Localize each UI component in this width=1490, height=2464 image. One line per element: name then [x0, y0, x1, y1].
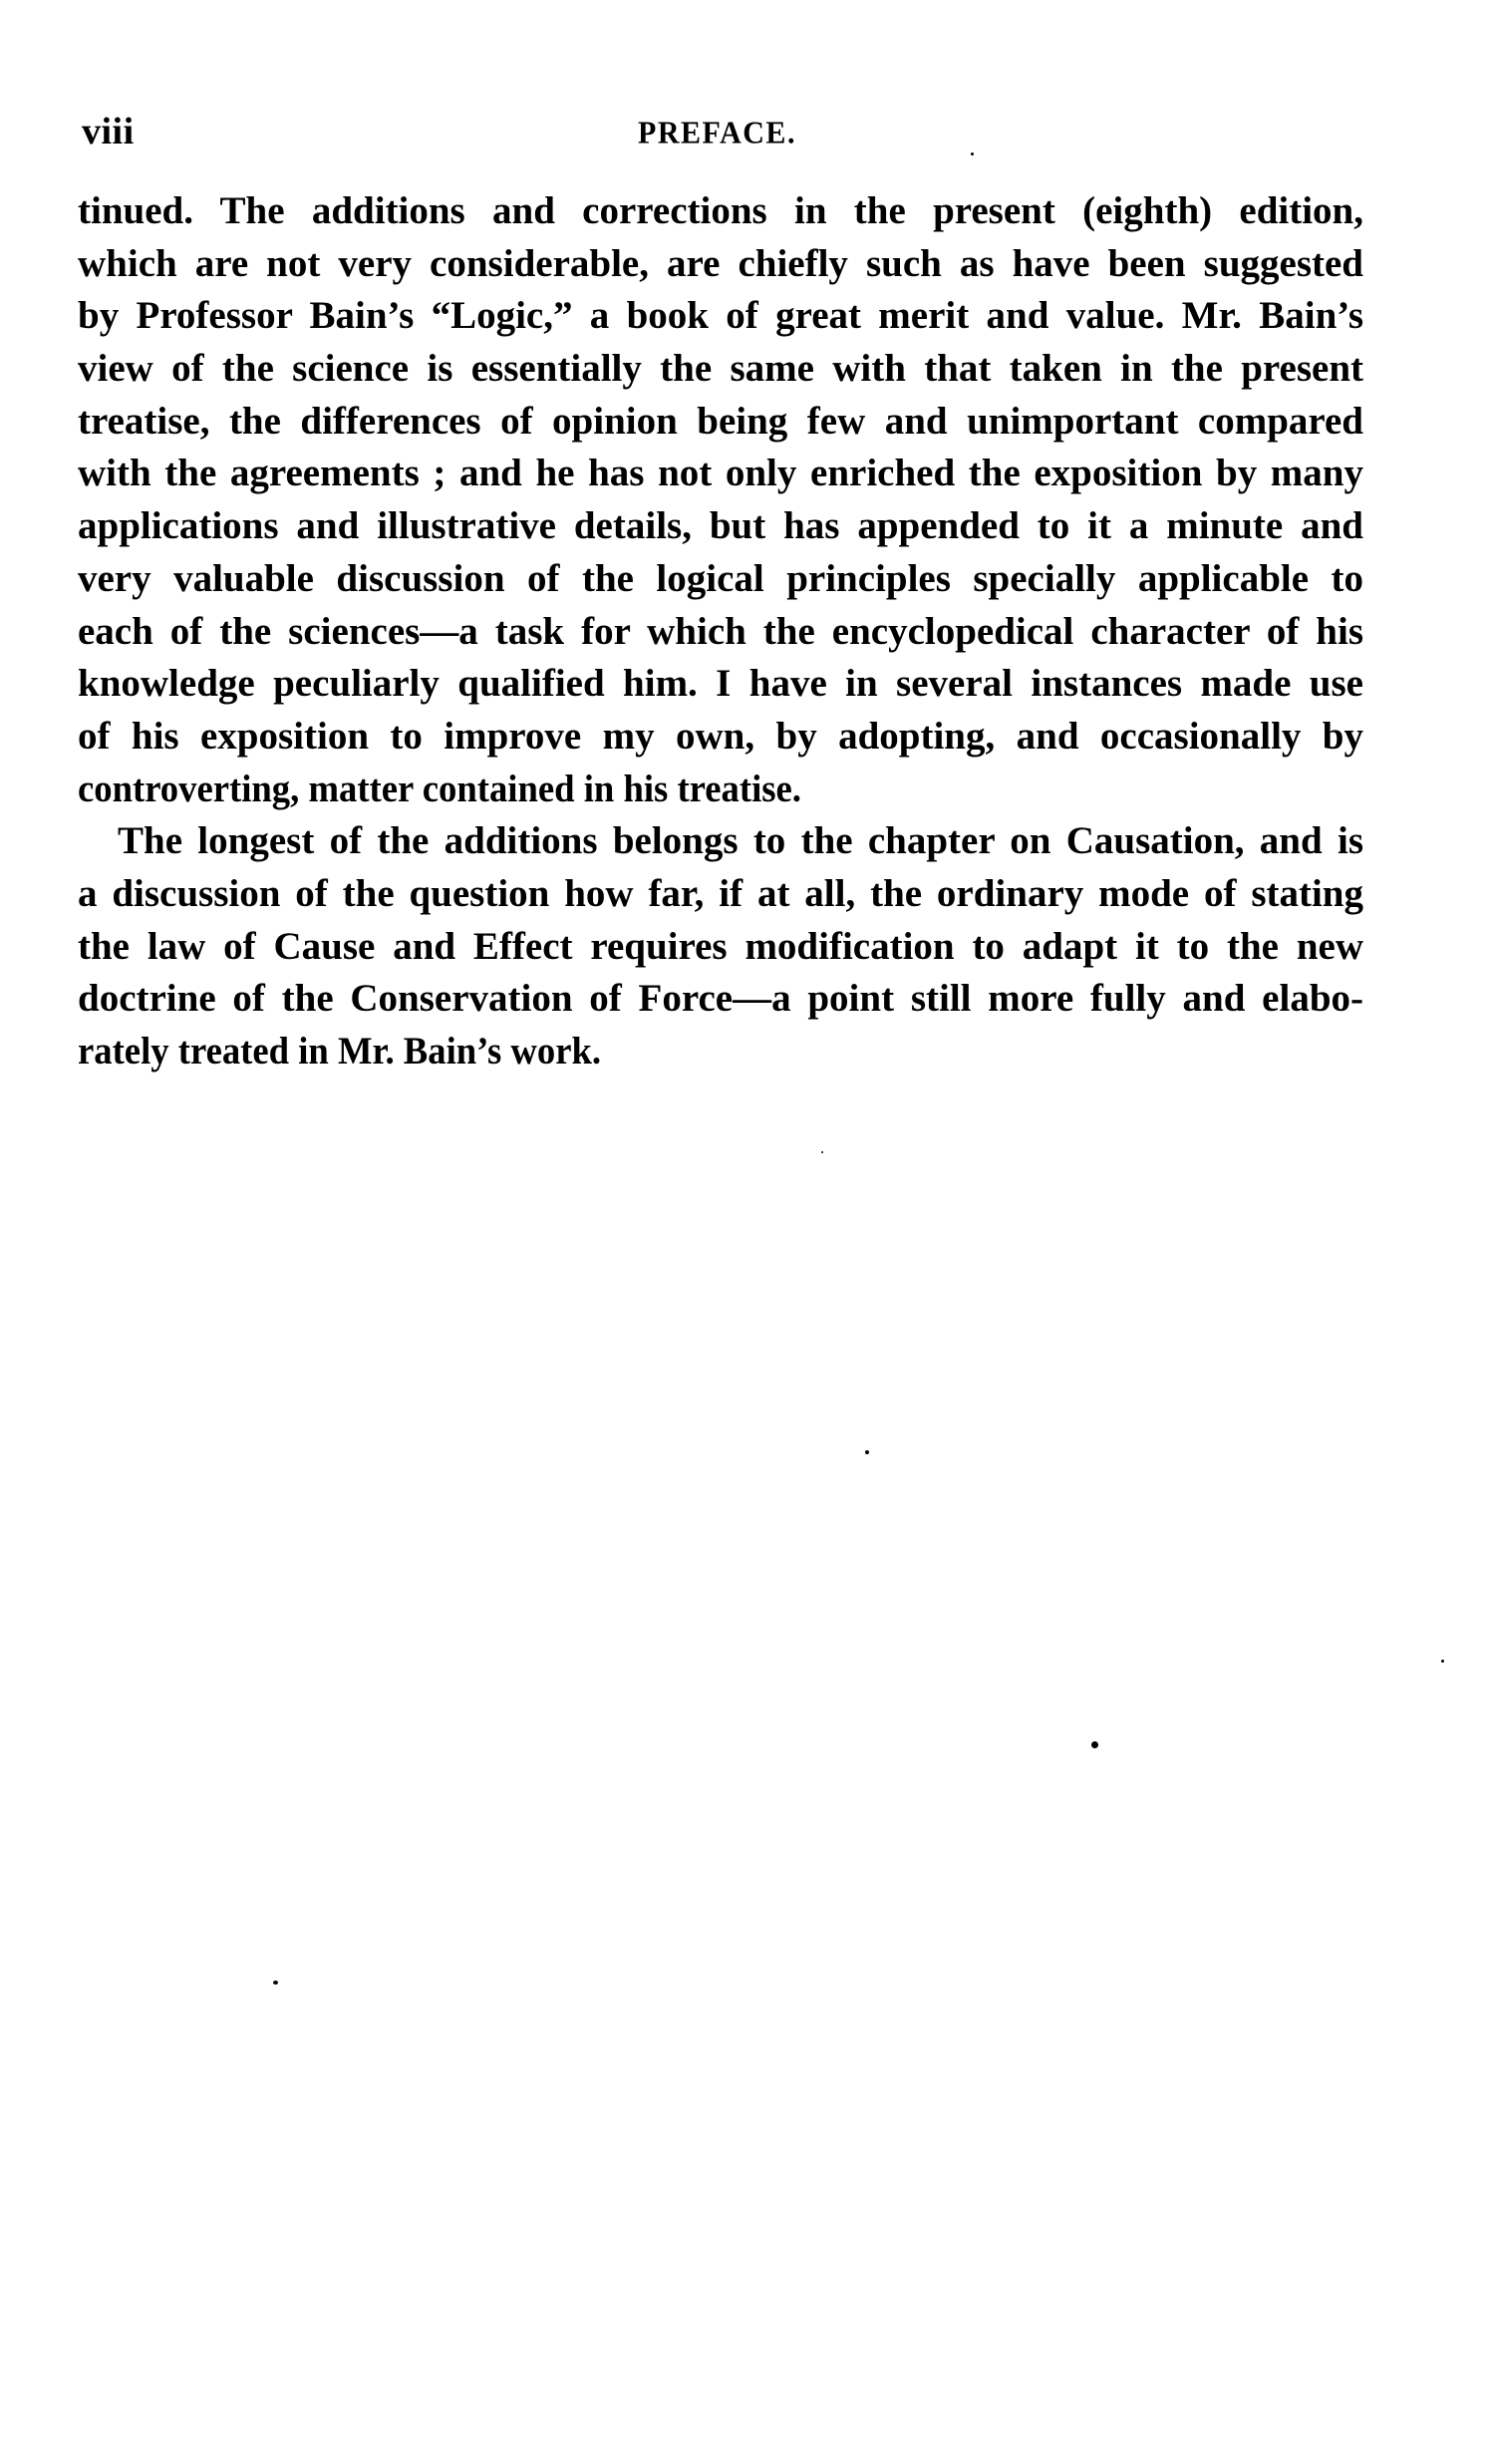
- body-text: tinued. The additions and corrections in…: [78, 185, 1363, 1078]
- page-number: viii: [82, 108, 135, 155]
- running-head: viii PREFACE.: [78, 108, 1363, 155]
- text-line: which are not very considerable, are chi…: [78, 238, 1363, 291]
- text-line: the law of Cause and Effect requires mod…: [78, 921, 1363, 974]
- text-line: The longest of the additions belongs to …: [78, 815, 1363, 868]
- text-line: view of the science is essentially the s…: [78, 343, 1363, 396]
- text-line: applications and illustrative details, b…: [78, 500, 1363, 553]
- scan-speck: [865, 1450, 869, 1454]
- scan-speck: [821, 1151, 823, 1153]
- text-line: knowledge peculiarly qualified him. I ha…: [78, 658, 1363, 711]
- text-line: treatise, the differences of opinion bei…: [78, 396, 1363, 449]
- text-line: of his exposition to improve my own, by …: [78, 711, 1363, 764]
- text-line: rately treated in Mr. Bain’s work.: [78, 1026, 1287, 1078]
- text-line: doctrine of the Conservation of Force—a …: [78, 973, 1363, 1026]
- text-line: tinued. The additions and corrections in…: [78, 185, 1363, 238]
- text-line: each of the sciences—a task for which th…: [78, 606, 1363, 659]
- book-page: viii PREFACE. tinued. The additions and …: [0, 0, 1490, 2464]
- scan-speck: [1441, 1660, 1444, 1663]
- text-line: very valuable discussion of the logical …: [78, 553, 1363, 606]
- scan-speck: [971, 153, 974, 155]
- text-line: a discussion of the question how far, if…: [78, 868, 1363, 921]
- scan-speck: [273, 1981, 278, 1985]
- paragraph-2: The longest of the additions belongs to …: [78, 815, 1363, 1078]
- text-line: by Professor Bain’s “Logic,” a book of g…: [78, 290, 1363, 343]
- paragraph-1: tinued. The additions and corrections in…: [78, 185, 1363, 815]
- scan-speck: [1091, 1741, 1098, 1748]
- text-line: with the agreements ; and he has not onl…: [78, 448, 1363, 500]
- text-line: controverting, matter contained in his t…: [78, 764, 1287, 816]
- running-title: PREFACE.: [638, 111, 796, 156]
